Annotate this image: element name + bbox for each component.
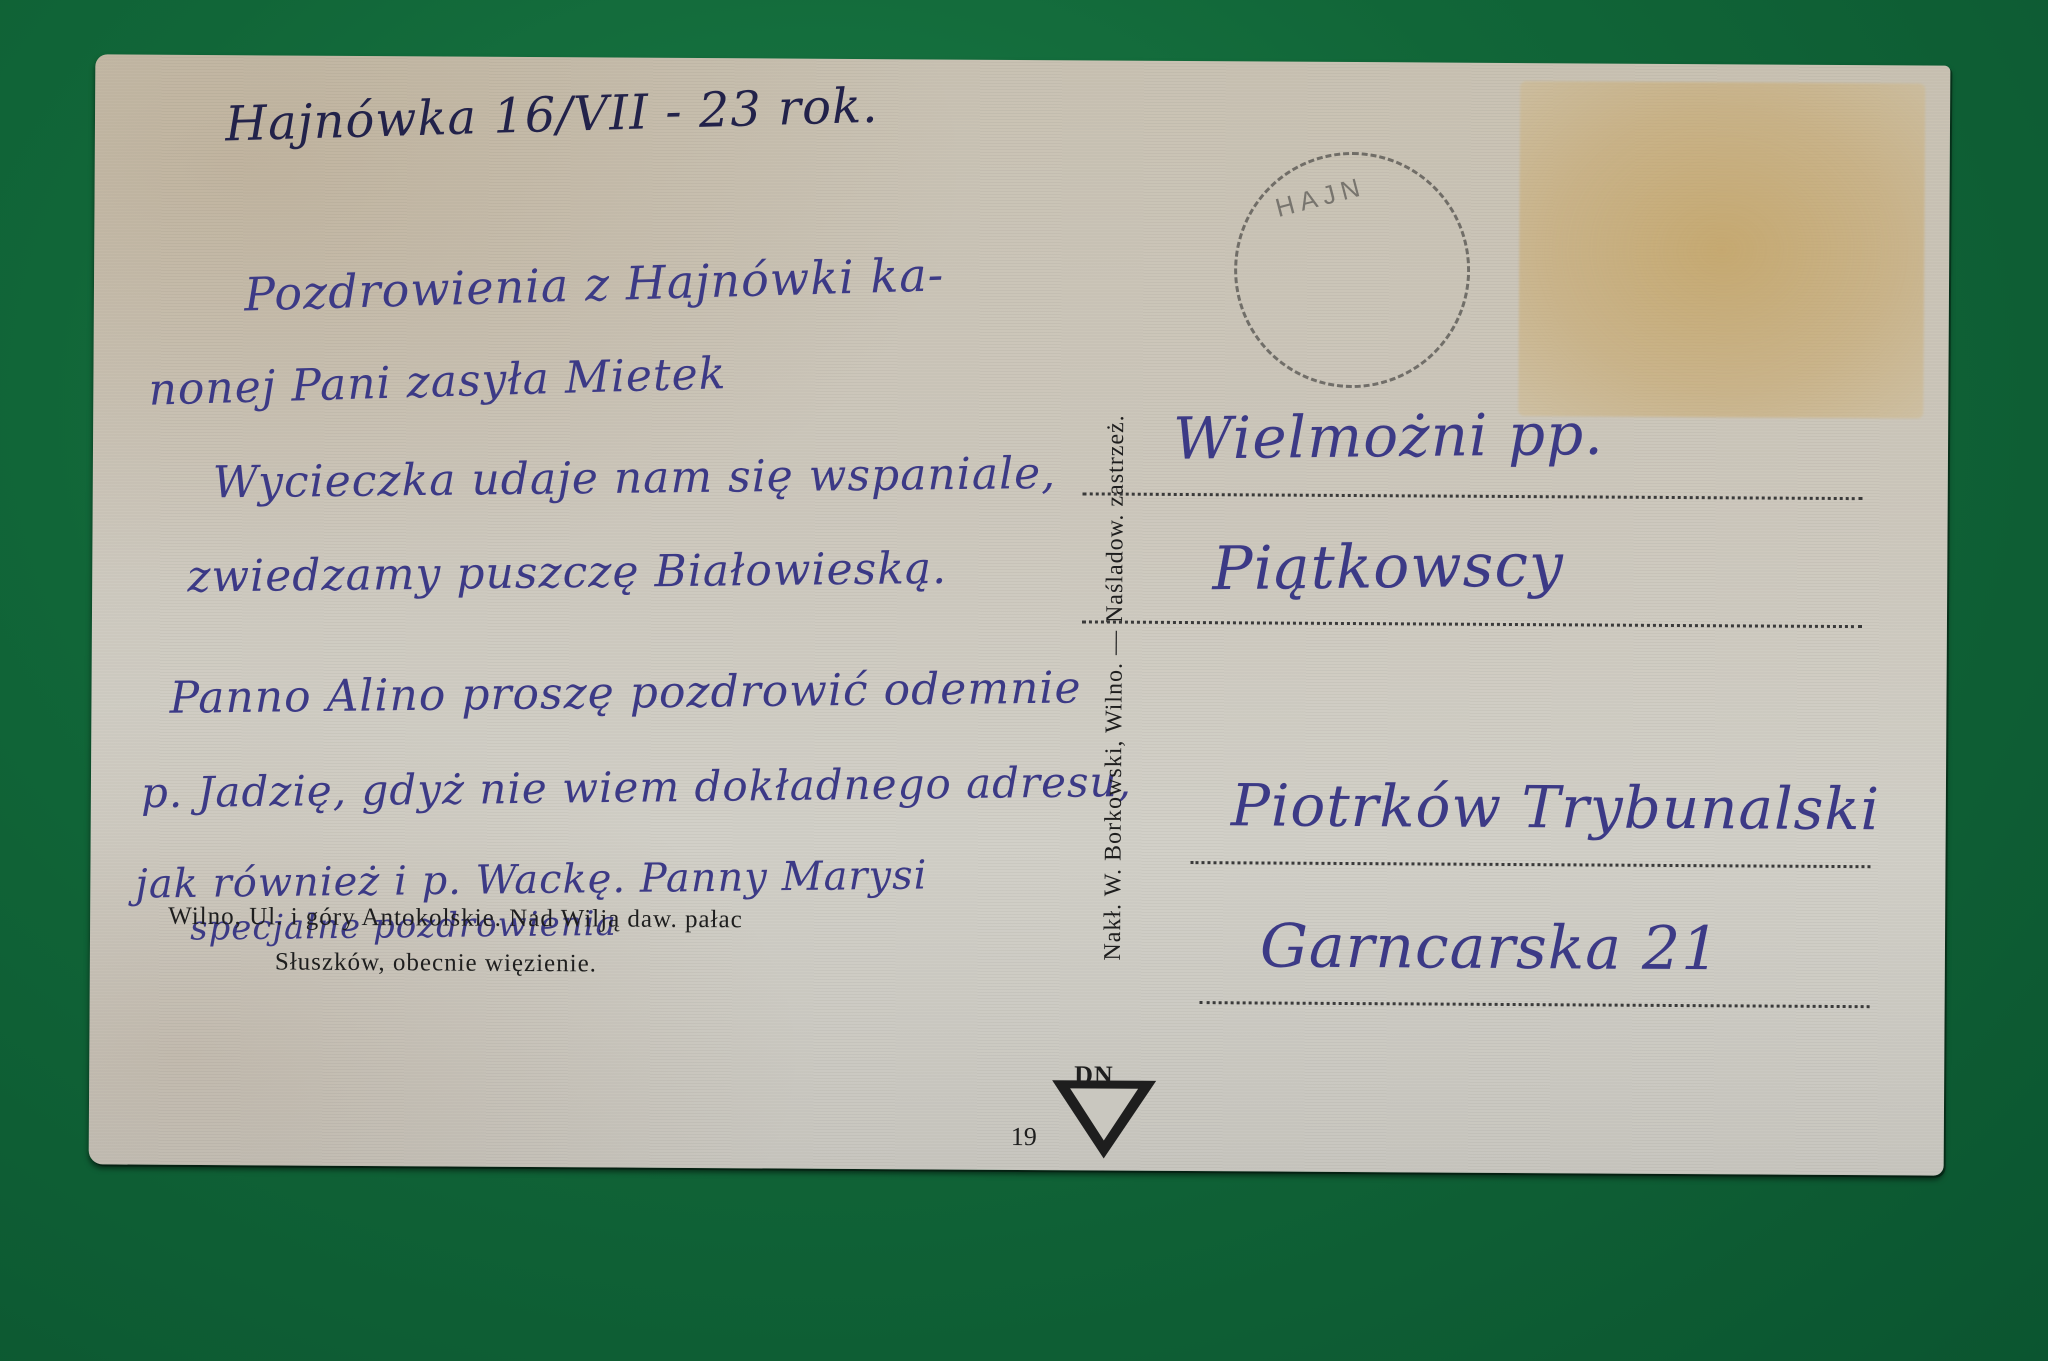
address-dotted-line <box>1190 861 1870 868</box>
publisher-text: Nakł. W. Borkowski, Wilno. — Naśladow. z… <box>1100 414 1130 960</box>
address-line-2: Piątkowscy <box>1212 530 1564 604</box>
page-number: 19 <box>1011 1122 1037 1152</box>
message-line: p. Jadzię, gdyż nie wiem dokładnego adre… <box>141 757 1132 817</box>
caption-line-2: Słuszków, obecnie więzienie. <box>275 948 597 978</box>
message-line: Panno Alino proszę pozdrowić odemnie <box>169 662 1082 723</box>
message-line: Wycieczka udaje nam się wspaniale, <box>213 448 1057 509</box>
address-line-4: Garncarska 21 <box>1260 911 1721 984</box>
message-line: jak również i p. Wackę. Panny Marysi <box>135 853 928 908</box>
stamp-stain <box>1518 81 1925 418</box>
address-line-1: Wielmożni pp. <box>1173 400 1604 473</box>
caption-line-1: Wilno, Ul. i góry Antokolskie. Nad Wilją… <box>168 903 743 935</box>
message-date: Hajnówka 16/VII - 23 rok. <box>224 78 879 153</box>
message-line: zwiedzamy puszczę Białowieską. <box>187 543 947 603</box>
message-line: nonej Pani zasyła Mietek <box>148 348 727 416</box>
address-line-3: Piotrków Trybunalski <box>1231 771 1881 843</box>
logo-letters: DN <box>1074 1060 1114 1090</box>
triangle-logo-icon: DN <box>1044 1060 1165 1161</box>
postcard: HAJN Hajnówka 16/VII - 23 rok. Pozdrowie… <box>89 54 1951 1175</box>
message-line: Pozdrowienia z Hajnówki ka- <box>243 247 945 321</box>
address-dotted-line <box>1200 1001 1870 1008</box>
address-dotted-line <box>1083 492 1863 500</box>
address-dotted-line <box>1082 620 1862 628</box>
